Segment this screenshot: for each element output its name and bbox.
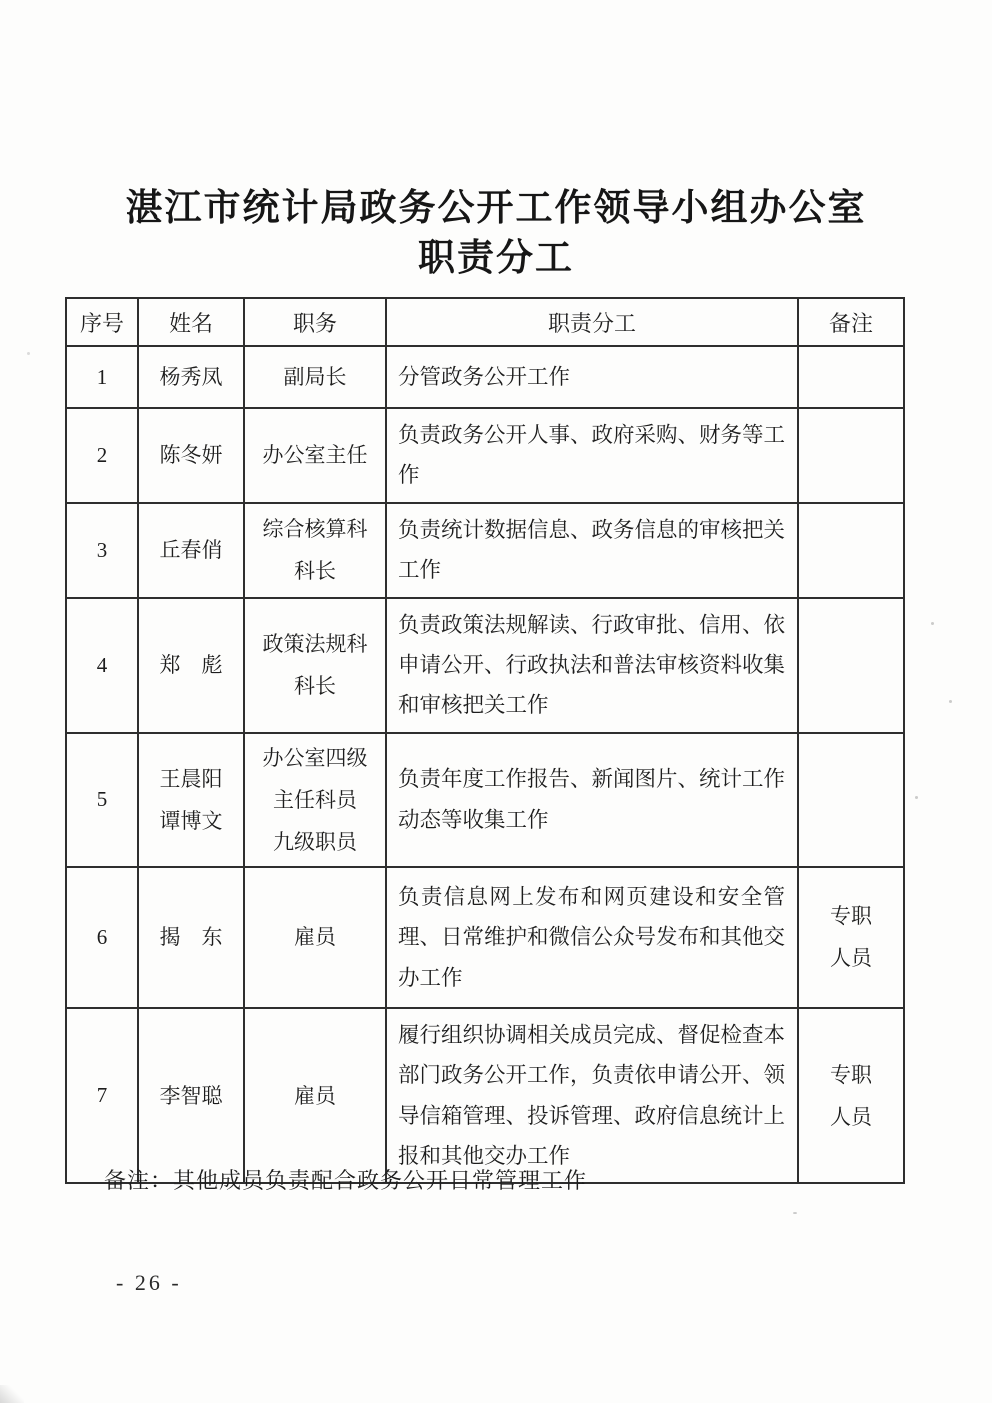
table-row-1: 1 杨秀凤 副局长 分管政务公开工作 <box>66 346 904 408</box>
cell-name: 揭 东 <box>138 867 244 1008</box>
cell-duty: 负责信息网上发布和网页建设和安全管理、日常维护和微信公众号发布和其他交办工作 <box>386 867 798 1008</box>
cell-duty: 负责年度工作报告、新闻图片、统计工作动态等收集工作 <box>386 733 798 867</box>
scan-corner-shadow <box>0 1385 24 1403</box>
footer-note: 备注：其他成员负责配合政务公开日常管理工作 <box>104 1164 587 1195</box>
scan-speckle <box>27 352 30 355</box>
duty-table: 序号 姓名 职务 职责分工 备注 1 杨秀凤 副局长 分管政务公开工作 2 陈冬… <box>65 297 905 1184</box>
column-header-position: 职务 <box>244 298 386 346</box>
cell-no: 3 <box>66 503 138 598</box>
cell-name: 杨秀凤 <box>138 346 244 408</box>
cell-no: 1 <box>66 346 138 408</box>
page-number: - 26 - <box>116 1270 182 1296</box>
column-header-remark: 备注 <box>798 298 904 346</box>
cell-name: 陈冬妍 <box>138 408 244 503</box>
document-page: 湛江市统计局政务公开工作领导小组办公室 职责分工 序号 姓名 职务 职责分工 备… <box>0 0 992 1403</box>
table-row-4: 4 郑 彪 政策法规科 科长 负责政策法规解读、行政审批、信用、依申请公开、行政… <box>66 598 904 733</box>
table-row-7: 7 李智聪 雇员 履行组织协调相关成员完成、督促检查本部门政务公开工作，负责依申… <box>66 1008 904 1184</box>
scan-speckle <box>949 700 952 703</box>
cell-no: 7 <box>66 1008 138 1184</box>
cell-remark <box>798 503 904 598</box>
cell-duty: 负责统计数据信息、政务信息的审核把关工作 <box>386 503 798 598</box>
table-row-6: 6 揭 东 雇员 负责信息网上发布和网页建设和安全管理、日常维护和微信公众号发布… <box>66 867 904 1008</box>
cell-no: 5 <box>66 733 138 867</box>
cell-name: 王晨阳 谭博文 <box>138 733 244 867</box>
cell-remark <box>798 346 904 408</box>
scan-speckle <box>931 622 934 625</box>
cell-remark <box>798 408 904 503</box>
scan-speckle <box>793 1212 797 1214</box>
cell-duty: 履行组织协调相关成员完成、督促检查本部门政务公开工作，负责依申请公开、领导信箱管… <box>386 1008 798 1184</box>
title-line-1: 湛江市统计局政务公开工作领导小组办公室 <box>0 184 992 234</box>
cell-remark: 专职 人员 <box>798 867 904 1008</box>
cell-duty: 负责政策法规解读、行政审批、信用、依申请公开、行政执法和普法审核资料收集和审核把… <box>386 598 798 733</box>
table-row-3: 3 丘春俏 综合核算科 科长 负责统计数据信息、政务信息的审核把关工作 <box>66 503 904 598</box>
table-row-5: 5 王晨阳 谭博文 办公室四级 主任科员 九级职员 负责年度工作报告、新闻图片、… <box>66 733 904 867</box>
cell-remark: 专职 人员 <box>798 1008 904 1184</box>
cell-position: 政策法规科 科长 <box>244 598 386 733</box>
column-header-no: 序号 <box>66 298 138 346</box>
column-header-duty: 职责分工 <box>386 298 798 346</box>
cell-duty: 负责政务公开人事、政府采购、财务等工作 <box>386 408 798 503</box>
document-title: 湛江市统计局政务公开工作领导小组办公室 职责分工 <box>0 184 992 284</box>
cell-no: 2 <box>66 408 138 503</box>
cell-position: 办公室主任 <box>244 408 386 503</box>
title-line-2: 职责分工 <box>0 234 992 284</box>
scan-speckle <box>915 796 918 799</box>
cell-remark <box>798 733 904 867</box>
cell-name: 李智聪 <box>138 1008 244 1184</box>
cell-name: 郑 彪 <box>138 598 244 733</box>
cell-no: 6 <box>66 867 138 1008</box>
cell-position: 副局长 <box>244 346 386 408</box>
table-row-2: 2 陈冬妍 办公室主任 负责政务公开人事、政府采购、财务等工作 <box>66 408 904 503</box>
cell-position: 雇员 <box>244 867 386 1008</box>
table-header-row: 序号 姓名 职务 职责分工 备注 <box>66 298 904 346</box>
cell-duty: 分管政务公开工作 <box>386 346 798 408</box>
cell-remark <box>798 598 904 733</box>
cell-position: 办公室四级 主任科员 九级职员 <box>244 733 386 867</box>
cell-position: 综合核算科 科长 <box>244 503 386 598</box>
column-header-name: 姓名 <box>138 298 244 346</box>
cell-name: 丘春俏 <box>138 503 244 598</box>
cell-no: 4 <box>66 598 138 733</box>
cell-position: 雇员 <box>244 1008 386 1184</box>
